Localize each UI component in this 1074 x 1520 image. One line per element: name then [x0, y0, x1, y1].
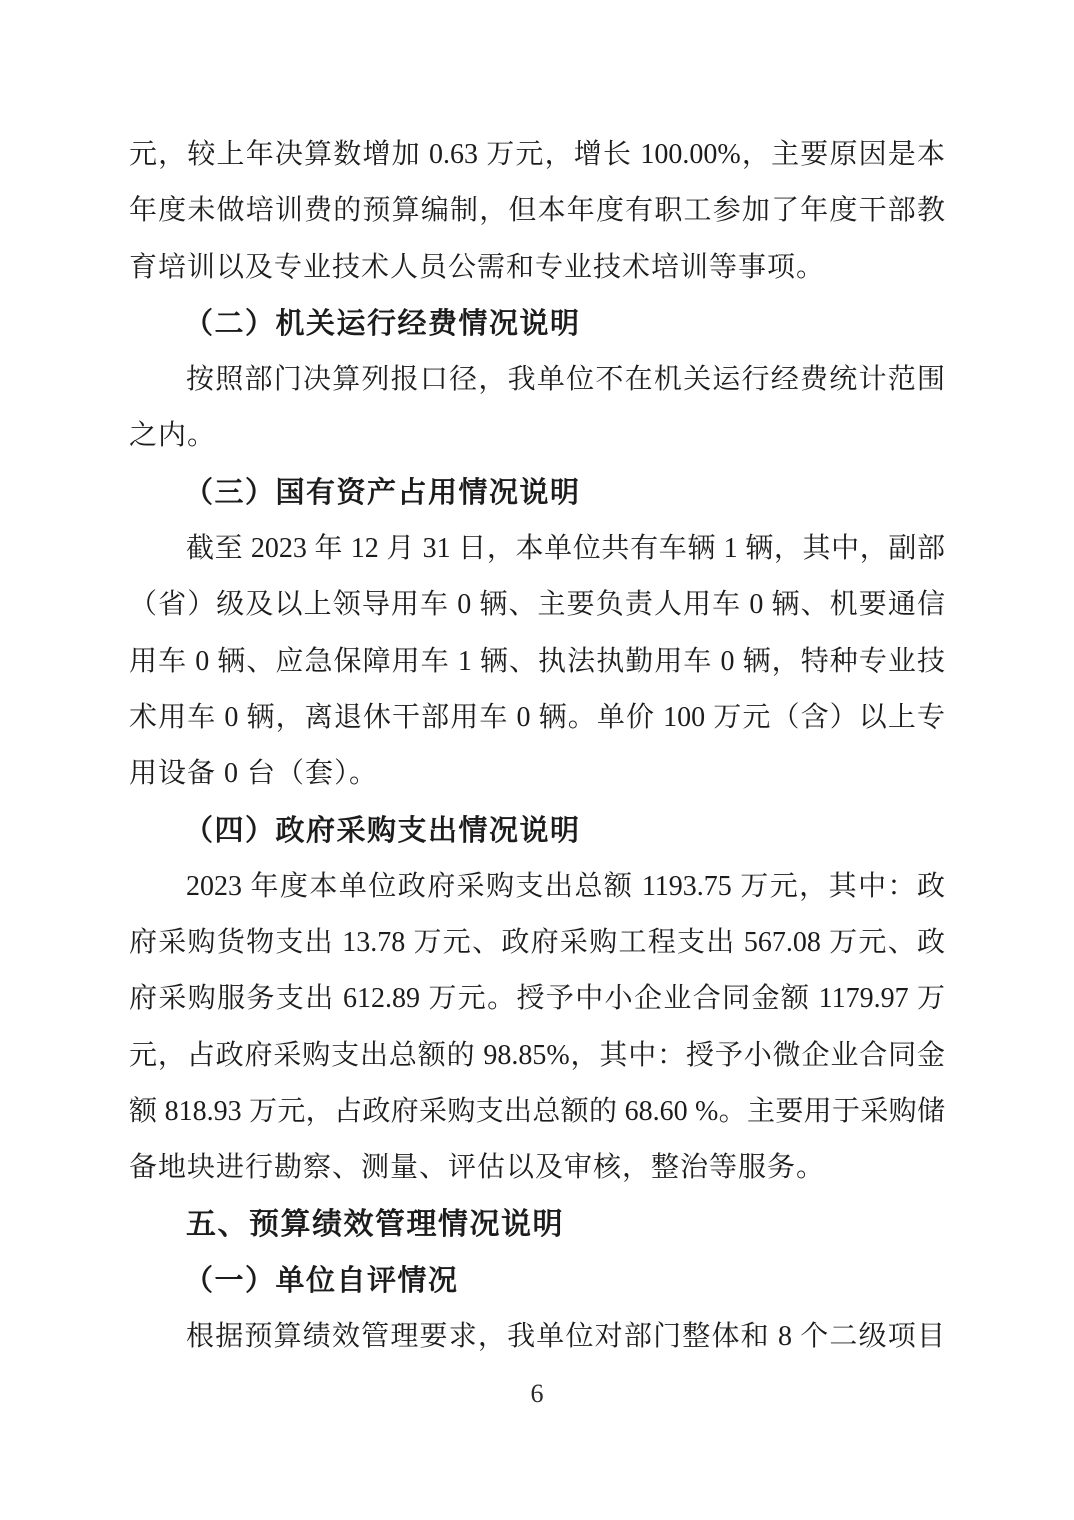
- text-line: 之内。: [129, 408, 945, 464]
- text-line: 根据预算绩效管理要求，我单位对部门整体和 8 个二级项目: [129, 1309, 945, 1365]
- text-line: 育培训以及专业技术人员公需和专业技术培训等事项。: [129, 240, 945, 296]
- section-heading: 五、预算绩效管理情况说明: [129, 1197, 945, 1253]
- text-line: 元，占政府采购支出总额的 98.85%，其中：授予小微企业合同金: [129, 1028, 945, 1084]
- section-heading: （四）政府采购支出情况说明: [129, 803, 945, 859]
- text-line: 府采购服务支出 612.89 万元。授予中小企业合同金额 1179.97 万: [129, 971, 945, 1027]
- text-line: 府采购货物支出 13.78 万元、政府采购工程支出 567.08 万元、政: [129, 915, 945, 971]
- text-line: （省）级及以上领导用车 0 辆、主要负责人用车 0 辆、机要通信: [129, 577, 945, 633]
- document-page: 元，较上年决算数增加 0.63 万元，增长 100.00%，主要原因是本年度未做…: [0, 0, 1074, 1520]
- page-number: 6: [129, 1366, 945, 1422]
- text-line: 用设备 0 台（套）。: [129, 746, 945, 802]
- section-heading: （三）国有资产占用情况说明: [129, 465, 945, 521]
- document-lines: 元，较上年决算数增加 0.63 万元，增长 100.00%，主要原因是本年度未做…: [129, 127, 945, 1422]
- text-line: 元，较上年决算数增加 0.63 万元，增长 100.00%，主要原因是本: [129, 127, 945, 183]
- text-line: 年度未做培训费的预算编制，但本年度有职工参加了年度干部教: [129, 183, 945, 239]
- text-line: 按照部门决算列报口径，我单位不在机关运行经费统计范围: [129, 352, 945, 408]
- text-line: 备地块进行勘察、测量、评估以及审核，整治等服务。: [129, 1140, 945, 1196]
- text-line: 术用车 0 辆，离退休干部用车 0 辆。单价 100 万元（含）以上专: [129, 690, 945, 746]
- section-heading: （二）机关运行经费情况说明: [129, 296, 945, 352]
- text-line: 用车 0 辆、应急保障用车 1 辆、执法执勤用车 0 辆，特种专业技: [129, 634, 945, 690]
- text-line: 额 818.93 万元，占政府采购支出总额的 68.60 %。主要用于采购储: [129, 1084, 945, 1140]
- section-heading: （一）单位自评情况: [129, 1253, 945, 1309]
- text-line: 2023 年度本单位政府采购支出总额 1193.75 万元，其中：政: [129, 859, 945, 915]
- text-line: 截至 2023 年 12 月 31 日，本单位共有车辆 1 辆，其中，副部: [129, 521, 945, 577]
